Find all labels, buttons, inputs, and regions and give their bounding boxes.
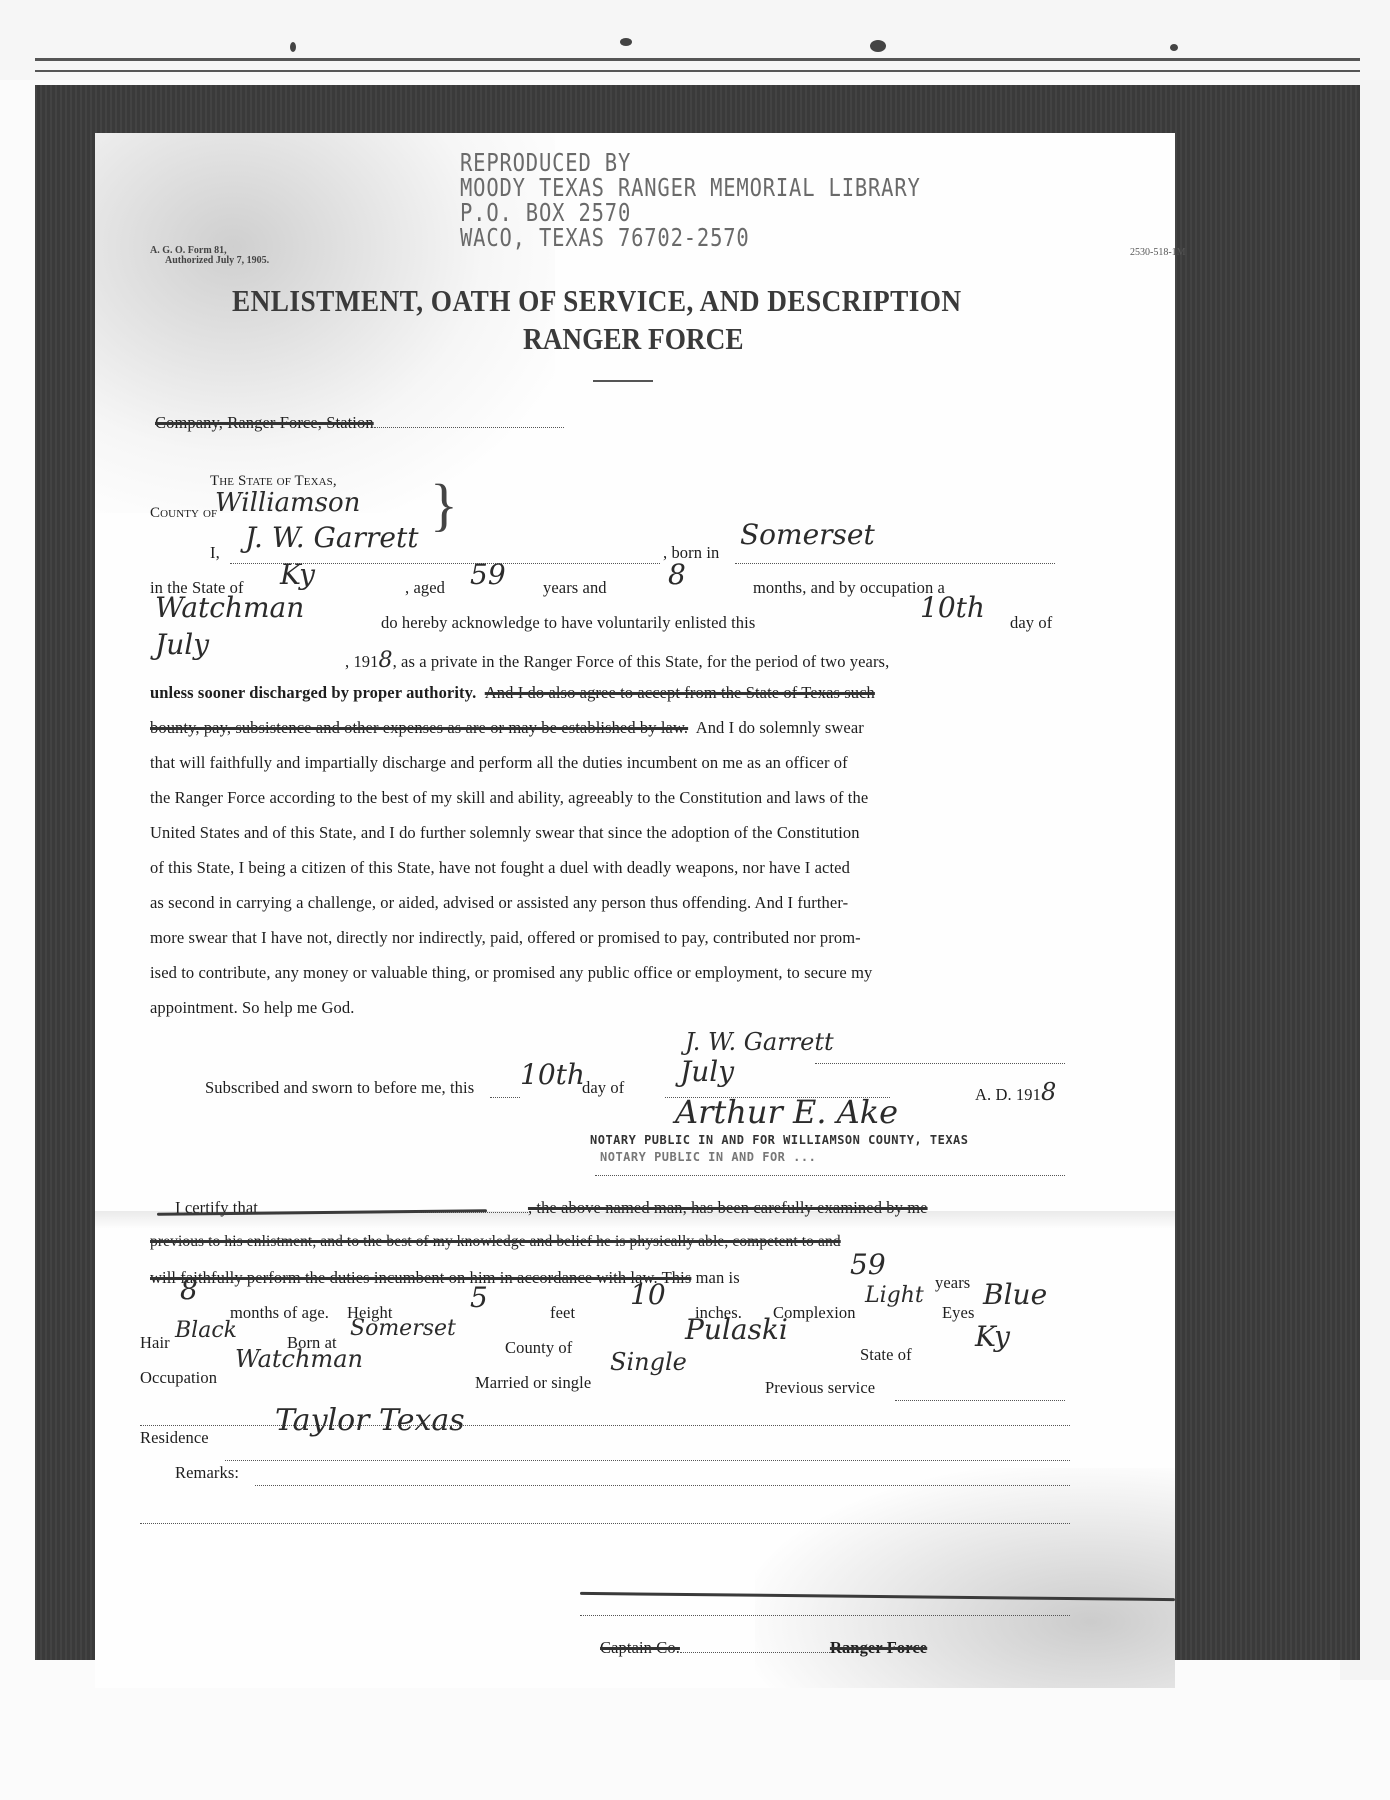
station-field[interactable] bbox=[374, 415, 564, 428]
page-subtitle: RANGER FORCE bbox=[523, 321, 744, 357]
hair-field[interactable]: Black bbox=[175, 1318, 237, 1343]
swear-text: And I do solemnly swear bbox=[696, 718, 864, 737]
i-label: I, bbox=[210, 543, 220, 563]
birth-county-field[interactable]: Pulaski bbox=[685, 1313, 788, 1346]
notary-stamp-faded: NOTARY PUBLIC IN AND FOR ... bbox=[600, 1150, 816, 1164]
dots bbox=[225, 1448, 1070, 1461]
oath-line-5: as second in carrying a challenge, or ai… bbox=[150, 893, 848, 913]
occupation-field[interactable]: Watchman bbox=[155, 591, 304, 624]
enlistee-signature[interactable]: J. W. Garrett bbox=[685, 1028, 834, 1056]
height-feet-field[interactable]: 5 bbox=[470, 1281, 488, 1314]
occupation-desc-field[interactable]: Watchman bbox=[235, 1345, 363, 1373]
born-in-field[interactable]: Somerset bbox=[740, 518, 875, 551]
occupation-desc-label: Occupation bbox=[140, 1368, 217, 1388]
oath-line-2: the Ranger Force according to the best o… bbox=[150, 788, 868, 808]
certify-line: I certify that, the above named man, has… bbox=[175, 1198, 928, 1218]
remarks-continued[interactable] bbox=[140, 1511, 1070, 1524]
day-of-label: day of bbox=[1010, 613, 1052, 633]
speck bbox=[1170, 44, 1178, 51]
speck bbox=[620, 38, 632, 46]
captain-label: Captain Co. bbox=[600, 1638, 680, 1657]
captain-signature-line[interactable] bbox=[580, 1603, 1070, 1616]
eyes-field[interactable]: Blue bbox=[983, 1278, 1047, 1311]
previous-service-label: Previous service bbox=[765, 1378, 875, 1398]
struck-text: will faithfully perform the duties incum… bbox=[150, 1268, 691, 1287]
struck-text: bounty, pay, subsistence and other expen… bbox=[150, 718, 688, 737]
years-label: years bbox=[935, 1273, 970, 1293]
married-field[interactable]: Single bbox=[610, 1348, 687, 1376]
scanner-margin bbox=[0, 0, 1390, 80]
ad-label: A. D. 1918 bbox=[975, 1078, 1056, 1106]
years-and-label: years and bbox=[543, 578, 607, 598]
enlistee-name-field[interactable]: J. W. Garrett bbox=[245, 521, 418, 554]
struck-text: , the above named man, has been carefull… bbox=[528, 1198, 928, 1217]
born-at-field[interactable]: Somerset bbox=[350, 1316, 456, 1341]
struck-text: And I do also agree to accept from the S… bbox=[485, 683, 875, 702]
remarks-label: Remarks: bbox=[175, 1463, 239, 1483]
occupation-label: months, and by occupation a bbox=[753, 578, 945, 598]
aged-label: , aged bbox=[405, 578, 445, 598]
state-of-field[interactable]: Ky bbox=[280, 558, 315, 591]
dots bbox=[595, 1163, 1065, 1176]
page-title: ENLISTMENT, OATH OF SERVICE, AND DESCRIP… bbox=[232, 283, 962, 319]
birth-state-field[interactable]: Ky bbox=[975, 1320, 1010, 1353]
previous-service-field[interactable] bbox=[895, 1388, 1065, 1401]
married-label: Married or single bbox=[475, 1373, 591, 1393]
oath-line-1: that will faithfully and impartially dis… bbox=[150, 753, 848, 773]
county-of-label: County of bbox=[505, 1338, 572, 1358]
jurat-year-field[interactable]: 8 bbox=[1041, 1078, 1056, 1106]
private-text: , as a private in the Ranger Force of th… bbox=[393, 652, 890, 671]
jurat-day-field[interactable]: 10th bbox=[520, 1058, 585, 1091]
county-label: County of bbox=[150, 505, 217, 522]
complexion-field[interactable]: Light bbox=[865, 1283, 924, 1308]
notary-signature[interactable]: Arthur E. Ake bbox=[675, 1093, 898, 1131]
enlistment-form-page: REPRODUCED BY MOODY TEXAS RANGER MEMORIA… bbox=[95, 133, 1175, 1688]
jurat-day-of-label: day of bbox=[582, 1078, 624, 1098]
man-is-label: man is bbox=[696, 1268, 740, 1287]
brace: } bbox=[430, 471, 458, 538]
signature-line bbox=[815, 1051, 1065, 1064]
ad-text: A. D. 191 bbox=[975, 1085, 1041, 1104]
height-inches-field[interactable]: 10 bbox=[630, 1278, 666, 1311]
dots bbox=[735, 551, 1055, 564]
title-rule bbox=[593, 380, 653, 382]
form-authorized: Authorized July 7, 1905. bbox=[165, 255, 269, 266]
jurat-month-field[interactable]: July bbox=[680, 1055, 734, 1088]
company-field[interactable] bbox=[680, 1640, 830, 1653]
speck bbox=[870, 40, 886, 52]
bounty-line: bounty, pay, subsistence and other expen… bbox=[150, 718, 864, 738]
desc-months-field[interactable]: 8 bbox=[180, 1273, 198, 1306]
state-of-desc-label: State of bbox=[860, 1345, 912, 1365]
certify-line-2: previous to his enlistment, and to the b… bbox=[150, 1233, 841, 1251]
unless-text: unless sooner discharged by proper autho… bbox=[150, 683, 476, 702]
captain-line: Captain Co.Ranger Force bbox=[600, 1638, 927, 1658]
speck bbox=[290, 42, 296, 52]
unless-line: unless sooner discharged by proper autho… bbox=[150, 683, 875, 703]
scan-rule bbox=[35, 70, 1360, 72]
year-prefix-text: , 191 bbox=[345, 652, 379, 671]
residence-label: Residence bbox=[140, 1428, 209, 1448]
enlist-month-field[interactable]: July bbox=[155, 628, 209, 661]
enlist-day-field[interactable]: 10th bbox=[920, 591, 985, 624]
enlist-year-field[interactable]: 8 bbox=[379, 648, 393, 673]
oath-line-4: of this State, I being a citizen of this… bbox=[150, 858, 850, 878]
year-prefix: , 1918, as a private in the Ranger Force… bbox=[345, 648, 889, 673]
station-label: Company, Ranger Force, Station bbox=[155, 413, 374, 432]
oath-line-8: appointment. So help me God. bbox=[150, 998, 354, 1018]
age-years-field[interactable]: 59 bbox=[470, 558, 506, 591]
months-age-label: months of age. bbox=[230, 1303, 329, 1323]
oath-line-3: United States and of this State, and I d… bbox=[150, 823, 860, 843]
feet-label: feet bbox=[550, 1303, 575, 1323]
ranger-force-label: Ranger Force bbox=[830, 1638, 927, 1657]
residence-field[interactable]: Taylor Texas bbox=[275, 1403, 465, 1438]
library-stamp-line4: WACO, TEXAS 76702-2570 bbox=[460, 225, 750, 251]
remarks-field[interactable] bbox=[255, 1473, 1070, 1486]
eyes-label: Eyes bbox=[942, 1303, 974, 1323]
station-line: Company, Ranger Force, Station bbox=[155, 413, 564, 433]
jurat-text: Subscribed and sworn to before me, this bbox=[205, 1078, 474, 1098]
hair-label: Hair bbox=[140, 1333, 170, 1353]
scan-rule bbox=[35, 58, 1360, 61]
notary-stamp: NOTARY PUBLIC IN AND FOR WILLIAMSON COUN… bbox=[590, 1133, 969, 1147]
oath-line-6: more swear that I have not, directly nor… bbox=[150, 928, 861, 948]
acknowledge-text: do hereby acknowledge to have voluntaril… bbox=[381, 613, 755, 633]
county-field[interactable]: Williamson bbox=[215, 488, 360, 518]
dots bbox=[490, 1085, 520, 1098]
oath-line-7: ised to contribute, any money or valuabl… bbox=[150, 963, 872, 983]
print-code: 2530-518-1M bbox=[1130, 247, 1186, 258]
age-months-field[interactable]: 8 bbox=[668, 558, 686, 591]
certify-age-field[interactable]: 59 bbox=[850, 1248, 886, 1281]
